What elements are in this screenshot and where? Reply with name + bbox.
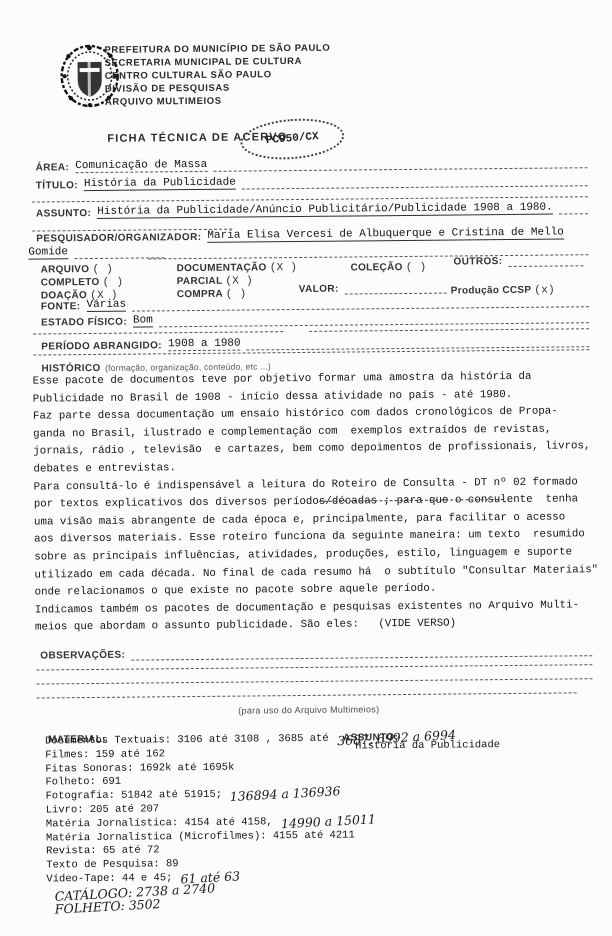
assunto-label: ASSUNTO: bbox=[36, 208, 91, 220]
periodo-value: 1908 a 1980 bbox=[168, 338, 241, 352]
checkbox-completo: COMPLETO ( ) bbox=[41, 277, 124, 290]
org-header: PREFEITURA DO MUNICÍPIO DE SÃO PAULO SEC… bbox=[104, 42, 330, 109]
material-list: Documentos Textuais: 3106 até 3108 , 368… bbox=[45, 727, 457, 910]
internal-use-note: (para uso do Arquivo Multimeios) bbox=[3, 702, 612, 718]
ruled-line bbox=[37, 692, 577, 698]
checkbox-documentacao: DOCUMENTAÇÃO (X ) bbox=[176, 262, 297, 275]
ruled-line bbox=[37, 678, 593, 684]
ruled-line bbox=[242, 173, 588, 189]
ficha-tecnica-document: PREFEITURA DO MUNICÍPIO DE SÃO PAULO SEC… bbox=[0, 0, 612, 936]
material-line: Documentos Textuais: 3106 até 3108 , 368… bbox=[45, 727, 455, 745]
titulo-value: História da Publicidade bbox=[84, 177, 236, 191]
valor-label: VALOR: bbox=[299, 284, 339, 295]
ruled-line bbox=[309, 328, 589, 332]
stamp-oval: PC950/CX bbox=[239, 115, 346, 163]
estado-fisico-value: Bom bbox=[133, 314, 153, 327]
periodo-label: PERÍODO ABRANGIDO: bbox=[41, 340, 162, 352]
ruled-line bbox=[559, 201, 588, 214]
area-label: ÁREA: bbox=[36, 162, 70, 173]
pesquisador-label: PESQUISADOR/ORGANIZADOR: bbox=[36, 232, 201, 245]
observacoes-label: OBSERVAÇÕES: bbox=[40, 650, 125, 662]
estado-fisico-label: ESTADO FÍSICO: bbox=[41, 317, 127, 329]
assunto-value: História da Publicidade/Anúncio Publicit… bbox=[97, 202, 553, 219]
ruled-line bbox=[36, 664, 592, 670]
checkbox-colecao: COLEÇÃO ( ) bbox=[350, 262, 426, 275]
outros-label: OUTROS: bbox=[453, 256, 502, 267]
org-header-line: ARQUIVO MULTIMEIOS bbox=[105, 94, 331, 109]
ruled-line bbox=[508, 253, 583, 267]
org-header-line: SECRETARIA MUNICIPAL DE CULTURA bbox=[105, 55, 331, 70]
ruled-line bbox=[159, 310, 589, 327]
ruled-line bbox=[345, 281, 447, 295]
ruled-line bbox=[33, 331, 283, 334]
scanned-sheet: PREFEITURA DO MUNICÍPIO DE SÃO PAULO SEC… bbox=[0, 0, 612, 936]
checkbox-parcial: PARCIAL (X ) bbox=[177, 275, 253, 288]
historico-text: Esse pacote de documentos teve por objet… bbox=[33, 368, 598, 637]
checkbox-arquivo: ARQUIVO ( ) bbox=[40, 264, 113, 277]
ruled-line bbox=[247, 334, 590, 350]
pesquisador-value-2: Gomide bbox=[28, 246, 68, 259]
fonte-value: Várias bbox=[86, 299, 126, 312]
area-value: Comunicação de Massa bbox=[75, 159, 207, 173]
fonte-label: FONTE: bbox=[41, 301, 81, 312]
ruled-line bbox=[131, 643, 592, 660]
ruled-line bbox=[213, 155, 587, 172]
pesquisador-value: Maria Elisa Vercesi de Albuquerque e Cri… bbox=[207, 226, 564, 242]
titulo-label: TÍTULO: bbox=[36, 180, 78, 191]
ruled-line bbox=[74, 245, 164, 259]
